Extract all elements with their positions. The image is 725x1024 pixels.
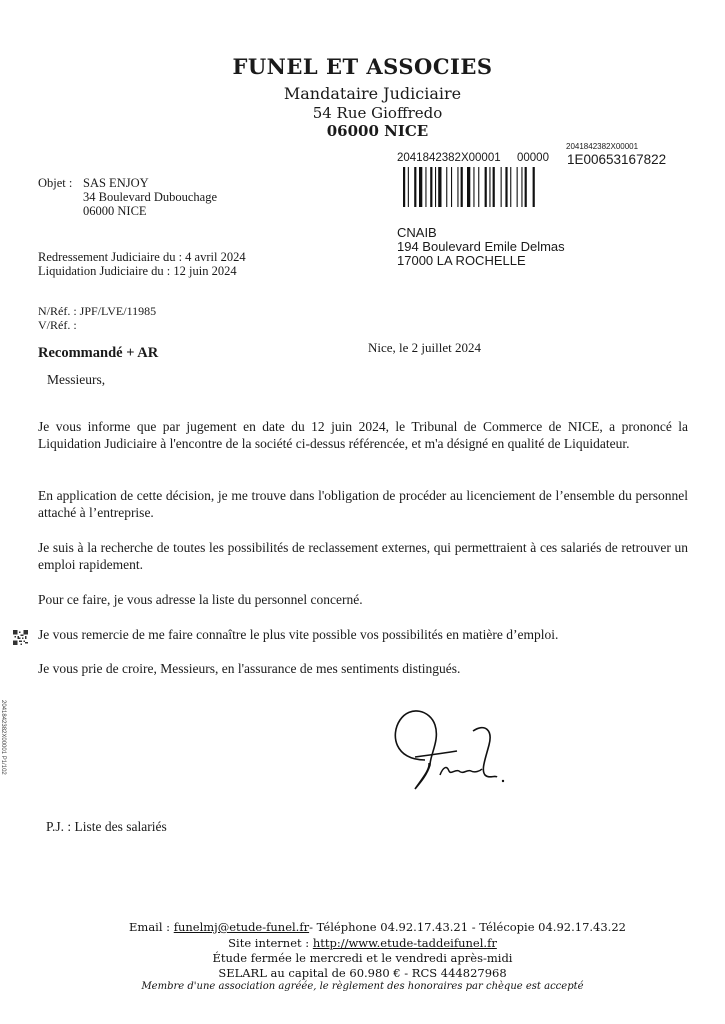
salutation: Messieurs, <box>47 372 105 388</box>
firm-role: Mandataire Judiciaire <box>0 84 725 103</box>
footer-company: SELARL au capital de 60.980 € - RCS 4448… <box>0 966 725 980</box>
objet-line: SAS ENJOY <box>83 176 217 190</box>
procedure-dates: Redressement Judiciaire du : 4 avril 202… <box>38 250 246 278</box>
qr-code-icon <box>13 630 28 645</box>
your-reference: V/Réf. : <box>38 318 156 332</box>
paragraph: Je vous remercie de me faire connaître l… <box>38 626 688 643</box>
barcode-icon <box>403 167 571 207</box>
attachment-note: P.J. : Liste des salariés <box>46 819 167 835</box>
objet-label: Objet : <box>38 176 83 218</box>
firm-city: 06000 NICE <box>0 122 725 140</box>
firm-name: FUNEL ET ASSOCIES <box>0 54 725 79</box>
paragraph: Je suis à la recherche de toutes les pos… <box>38 539 688 573</box>
website-link[interactable]: http://www.etude-taddeifunel.fr <box>313 936 497 950</box>
objet-line: 06000 NICE <box>83 204 217 218</box>
registered-mail-label: Recommandé + AR <box>38 345 158 362</box>
recipient-street: 194 Boulevard Emile Delmas <box>397 240 565 254</box>
liquidation-date: Liquidation Judiciaire du : 12 juin 2024 <box>38 264 246 278</box>
mail-code-1: 2041842382X00001 <box>397 152 517 167</box>
mail-code-row: 2041842382X00001 00000 1E00653167822 <box>397 152 666 167</box>
site-label: Site internet : <box>228 936 313 950</box>
closing-paragraph: Je vous prie de croire, Messieurs, en l'… <box>38 660 688 677</box>
signature <box>385 705 515 790</box>
footer-website: Site internet : http://www.etude-taddeif… <box>0 936 725 950</box>
mail-code-2: 00000 <box>517 152 567 167</box>
paragraph: Je vous informe que par jugement en date… <box>38 418 688 452</box>
recipient-address: CNAIB 194 Boulevard Emile Delmas 17000 L… <box>397 226 565 268</box>
redressement-date: Redressement Judiciaire du : 4 avril 202… <box>38 250 246 264</box>
recipient-city: 17000 LA ROCHELLE <box>397 254 565 268</box>
objet-block: Objet : SAS ENJOY 34 Boulevard Dubouchag… <box>38 176 217 218</box>
footer-membership: Membre d'une association agréée, le règl… <box>0 981 725 992</box>
paragraph: En application de cette décision, je me … <box>38 487 688 521</box>
footer-contact: Email : funelmj@etude-funel.fr- Téléphon… <box>0 920 725 934</box>
side-tracking-code: 2041842382X00001 P1/102 <box>0 700 6 775</box>
tracking-number: 1E00653167822 <box>567 152 666 167</box>
recipient-name: CNAIB <box>397 226 565 240</box>
email-label: Email : <box>129 920 174 934</box>
objet-line: 34 Boulevard Dubouchage <box>83 190 217 204</box>
paragraph: Pour ce faire, je vous adresse la liste … <box>38 591 688 608</box>
firm-street: 54 Rue Gioffredo <box>0 104 725 122</box>
phone-fax: - Téléphone 04.92.17.43.21 - Télécopie 0… <box>309 920 626 934</box>
letter-date: Nice, le 2 juillet 2024 <box>368 340 481 356</box>
footer-hours: Étude fermée le mercredi et le vendredi … <box>0 951 725 965</box>
our-reference: N/Réf. : JPF/LVE/11985 <box>38 304 156 318</box>
mail-code-small: 2041842382X00001 <box>566 142 638 151</box>
email-link[interactable]: funelmj@etude-funel.fr <box>174 920 309 934</box>
references: N/Réf. : JPF/LVE/11985 V/Réf. : <box>38 304 156 332</box>
